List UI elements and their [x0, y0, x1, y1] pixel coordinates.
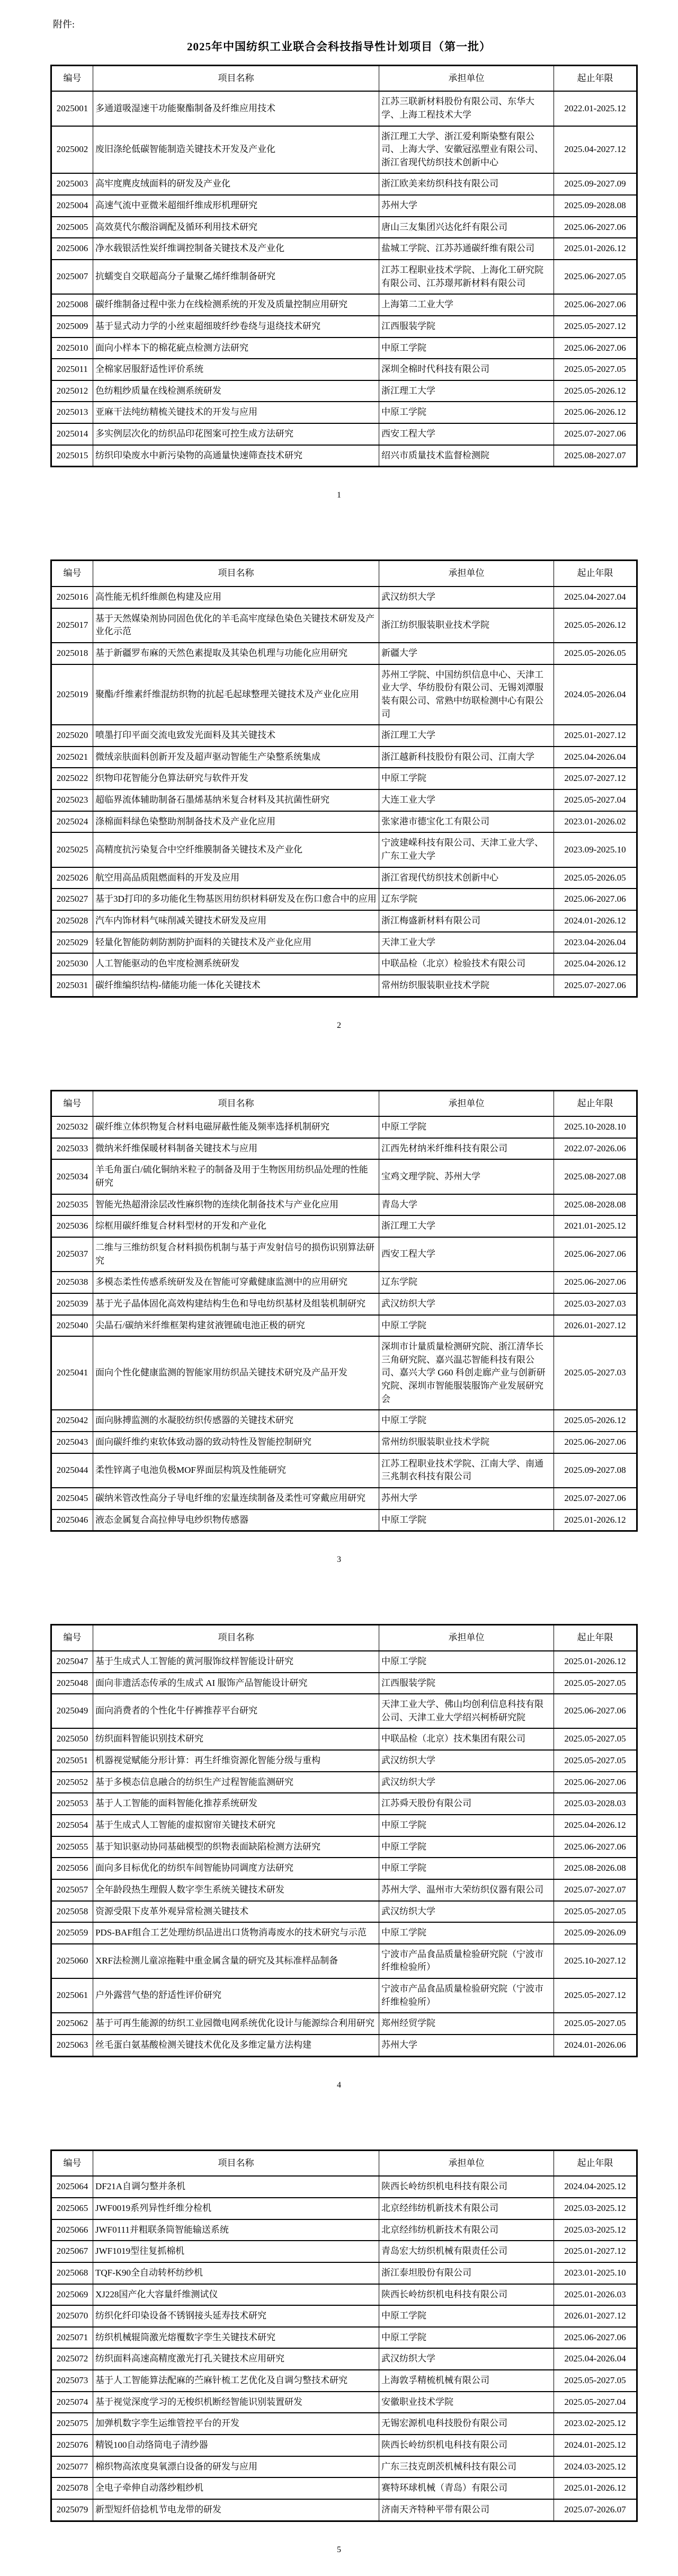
- cell-project-name: 碳纤维立体织物复合材料电磁屏蔽性能及频率选择机制研究: [93, 1116, 379, 1138]
- cell-project-name: 基于人工智能算法配麻的苎麻针梳工艺优化及自调匀整技术研究: [93, 2370, 379, 2392]
- cell-unit: 武汉纺织大学: [379, 1901, 554, 1923]
- cell-unit: 浙江理工大学、浙江爱利斯染整有限公司、上海大学、安徽冠泓塑业有限公司、浙江省现代…: [379, 126, 554, 174]
- cell-project-id: 2025047: [51, 1651, 93, 1673]
- cell-unit: 中原工学院: [379, 1315, 554, 1337]
- cell-project-name: 基于3D打印的多功能化生物基医用纺织材料研发及在伤口愈合中的应用: [93, 889, 379, 910]
- cell-unit: 江西服装学院: [379, 316, 554, 337]
- cell-unit: 广东三技克朗茨机械科技有限公司: [379, 2456, 554, 2478]
- cell-period: 2025.06-2027.06: [554, 1772, 637, 1793]
- table-row: 2025037二维与三维纺织复合材料损伤机制与基于声发射信号的损伤识别算法研究西…: [51, 1237, 637, 1272]
- cell-project-name: 高牢度麂皮绒面料的研发及产业化: [93, 173, 379, 195]
- cell-project-name: JWF0019系列异性纤维分检机: [93, 2198, 379, 2219]
- cell-period: 2025.05-2027.05: [554, 1728, 637, 1750]
- cell-project-name: 汽车内饰材料气味削减关键技术研发及应用: [93, 910, 379, 932]
- cell-project-name: 抗蠕变自交联超高分子量聚乙烯纤维制备研究: [93, 260, 379, 294]
- cell-period: 2023.04-2026.04: [554, 932, 637, 954]
- cell-project-name: 涤棉面料绿色染整助剂制备技术及产业化应用: [93, 811, 379, 833]
- cell-unit: 唐山三友集团兴达化纤有限公司: [379, 217, 554, 238]
- cell-project-id: 2025039: [51, 1293, 93, 1315]
- attachment-label: 附件:: [53, 19, 678, 31]
- cell-unit: 江西服装学院: [379, 1673, 554, 1694]
- cell-project-id: 2025046: [51, 1509, 93, 1531]
- cell-project-id: 2025069: [51, 2284, 93, 2306]
- cell-project-name: 纺织面料智能识别技术研究: [93, 1728, 379, 1750]
- cell-project-name: 基于多模态信息融合的纺织生产过程智能监测研究: [93, 1772, 379, 1793]
- table-row: 2025061户外露营气垫的舒适性评价研究宁波市产品食品质量检验研究院（宁波市纤…: [51, 1978, 637, 2013]
- cell-period: 2025.08-2027.08: [554, 1159, 637, 1194]
- table-row: 2025022织物印花智能分色算法研究与软件开发中原工学院2025.07-202…: [51, 768, 637, 789]
- cell-unit: 苏州大学: [379, 1488, 554, 1509]
- table-row: 2025024涤棉面料绿色染整助剂制备技术及产业化应用张家港市德宝化工有限公司2…: [51, 811, 637, 833]
- table-row: 2025050纺织面料智能识别技术研究中联品检（北京）技术集团有限公司2025.…: [51, 1728, 637, 1750]
- cell-project-id: 2025012: [51, 380, 93, 402]
- cell-unit: 中原工学院: [379, 1858, 554, 1879]
- cell-project-name: 碳纤维编织结构-储能功能一体化关键技术: [93, 975, 379, 997]
- cell-project-name: 丝毛蛋白氨基酸检测关键技术优化及多维定量方法构建: [93, 2035, 379, 2056]
- col-header-project-name: 项目名称: [93, 1090, 379, 1116]
- cell-project-name: 羊毛角蛋白/硫化铜纳米粒子的制备及用于生物医用纺织品处理的性能研究: [93, 1159, 379, 1194]
- table-row: 2025048面向非遗活态传承的生成式 AI 服饰产品智能设计研究江西服装学院2…: [51, 1673, 637, 1694]
- cell-unit: 天津工业大学: [379, 932, 554, 954]
- project-table: 编号 项目名称 承担单位 起止年限 2025001多通道吸湿速干功能聚酯制备及纤…: [50, 65, 638, 468]
- cell-project-name: 资源受限下皮革外观异常检测关键技术: [93, 1901, 379, 1923]
- table-row: 2025060XRF法检测儿童凉拖鞋中重金属含量的研究及其标准样品制备宁波市产品…: [51, 1944, 637, 1978]
- cell-project-id: 2025040: [51, 1315, 93, 1337]
- cell-unit: 江苏工程职业技术学院、上海化工研究院有限公司、江苏璟邦新材料有限公司: [379, 260, 554, 294]
- col-header-project-name: 项目名称: [93, 2150, 379, 2176]
- cell-period: 2022.07-2026.06: [554, 1138, 637, 1160]
- cell-unit: 北京经纬纺机新技术有限公司: [379, 2219, 554, 2241]
- cell-unit: 中联品检（北京）技术集团有限公司: [379, 1728, 554, 1750]
- table-row: 2025059PDS-BAF组合工艺处理纺织品进出口货物消毒废水的技术研究与示范…: [51, 1922, 637, 1944]
- table-row: 2025065JWF0019系列异性纤维分检机北京经纬纺机新技术有限公司2025…: [51, 2198, 637, 2219]
- cell-project-name: 微绒亲肤面料创新开发及超声驱动智能生产染整系统集成: [93, 747, 379, 768]
- cell-project-id: 2025018: [51, 643, 93, 664]
- cell-period: 2025.01-2027.12: [554, 725, 637, 747]
- col-header-unit: 承担单位: [379, 561, 554, 587]
- page-number: 3: [0, 1555, 678, 1565]
- cell-project-id: 2025015: [51, 445, 93, 467]
- cell-project-name: DF21A自调匀整并条机: [93, 2176, 379, 2198]
- col-header-project-name: 项目名称: [93, 1625, 379, 1651]
- cell-period: 2025.07-2027.06: [554, 1488, 637, 1509]
- cell-unit: 中原工学院: [379, 1836, 554, 1858]
- table-row: 2025020喷墨打印平面交流电致发光面料及其关键技术浙江理工大学2025.01…: [51, 725, 637, 747]
- table-row: 2025011全棉家居服舒适性评价系统深圳全棉时代科技有限公司2025.05-2…: [51, 359, 637, 380]
- cell-project-id: 2025052: [51, 1772, 93, 1793]
- cell-period: 2025.08-2027.07: [554, 445, 637, 467]
- table-row: 2025033微纳米纤维保暖材料制备关键技术与应用江西先材纳米纤维科技有限公司2…: [51, 1138, 637, 1160]
- cell-unit: 郑州经贸学院: [379, 2013, 554, 2035]
- cell-unit: 张家港市德宝化工有限公司: [379, 811, 554, 833]
- cell-period: 2025.05-2027.04: [554, 789, 637, 811]
- cell-project-name: 航空用高品质阻燃面料的开发及应用: [93, 867, 379, 889]
- cell-project-name: 全棉家居服舒适性评价系统: [93, 359, 379, 380]
- cell-unit: 大连工业大学: [379, 789, 554, 811]
- cell-period: 2025.01-2026.12: [554, 238, 637, 260]
- table-row: 2025031碳纤维编织结构-储能功能一体化关键技术常州纺织服装职业技术学院20…: [51, 975, 637, 997]
- table-row: 2025030人工智能驱动的色牢度检测系统研发中联品检（北京）检验技术有限公司2…: [51, 953, 637, 975]
- cell-unit: 苏州大学: [379, 195, 554, 217]
- cell-unit: 武汉纺织大学: [379, 2348, 554, 2370]
- cell-project-name: 纺织面料高速高精度激光打孔关键技术应用研究: [93, 2348, 379, 2370]
- table-row: 2025009基于显式动力学的小丝束超细玻纤纱卷绕与退绕技术研究江西服装学院20…: [51, 316, 637, 337]
- cell-project-name: 纺织印染废水中新污染物的高通量快速筛查技术研究: [93, 445, 379, 467]
- cell-period: 2025.05-2027.05: [554, 1750, 637, 1772]
- cell-project-id: 2025057: [51, 1879, 93, 1901]
- cell-period: 2025.05-2027.05: [554, 2013, 637, 2035]
- table-header-row: 编号 项目名称 承担单位 起止年限: [51, 1625, 637, 1651]
- cell-project-id: 2025079: [51, 2499, 93, 2521]
- cell-period: 2025.07-2027.07: [554, 1879, 637, 1901]
- cell-period: 2025.06-2027.06: [554, 1272, 637, 1293]
- cell-project-name: 喷墨打印平面交流电致发光面料及其关键技术: [93, 725, 379, 747]
- cell-period: 2025.06-2027.06: [554, 217, 637, 238]
- cell-project-name: 聚酯/纤维素纤维混纺织物的抗起毛起球整理关键技术及产业化应用: [93, 664, 379, 725]
- cell-period: 2025.05-2027.03: [554, 1336, 637, 1410]
- cell-project-id: 2025032: [51, 1116, 93, 1138]
- cell-project-id: 2025050: [51, 1728, 93, 1750]
- cell-unit: 绍兴市质量技术监督检测院: [379, 445, 554, 467]
- page-title: 2025年中国纺织工业联合会科技指导性计划项目（第一批）: [0, 38, 678, 54]
- cell-period: 2025.06-2027.06: [554, 889, 637, 910]
- cell-period: 2025.10-2028.10: [554, 1116, 637, 1138]
- table-row: 2025043面向碳纤维约束软体致动器的致动特性及智能控制研究常州纺织服装职业技…: [51, 1432, 637, 1453]
- cell-project-name: 高效莫代尔酸浴调配及循环利用技术研究: [93, 217, 379, 238]
- cell-project-id: 2025035: [51, 1194, 93, 1216]
- cell-project-id: 2025053: [51, 1793, 93, 1815]
- table-row: 2025010面向小样本下的棉花疵点检测方法研究中原工学院2025.06-202…: [51, 337, 637, 359]
- cell-project-id: 2025056: [51, 1858, 93, 1879]
- cell-period: 2025.05-2027.12: [554, 1978, 637, 2013]
- cell-period: 2024.01-2026.06: [554, 2035, 637, 2056]
- cell-project-name: PDS-BAF组合工艺处理纺织品进出口货物消毒废水的技术研究与示范: [93, 1922, 379, 1944]
- cell-period: 2025.07-2026.07: [554, 2499, 637, 2521]
- cell-unit: 济南天齐特种平带有限公司: [379, 2499, 554, 2521]
- cell-unit: 常州纺织服装职业技术学院: [379, 1432, 554, 1453]
- cell-period: 2025.05-2027.05: [554, 1673, 637, 1694]
- table-row: 2025028汽车内饰材料气味削减关键技术研发及应用浙江梅盛新材料有限公司202…: [51, 910, 637, 932]
- cell-project-id: 2025062: [51, 2013, 93, 2035]
- cell-project-id: 2025003: [51, 173, 93, 195]
- table-row: 2025044柔性锌离子电池负极MOF界面层构筑及性能研究江苏工程职业技术学院、…: [51, 1453, 637, 1488]
- cell-project-id: 2025007: [51, 260, 93, 294]
- page-block-4: 编号 项目名称 承担单位 起止年限 2025047基于生成式人工智能的黄河服饰纹…: [0, 1624, 678, 2090]
- cell-period: 2021.01-2025.12: [554, 1215, 637, 1237]
- cell-unit: 中原工学院: [379, 402, 554, 423]
- cell-unit: 宁波市产品食品质量检验研究院（宁波市纤维检验所）: [379, 1944, 554, 1978]
- cell-project-id: 2025067: [51, 2241, 93, 2262]
- cell-unit: 浙江省现代纺织技术创新中心: [379, 867, 554, 889]
- cell-unit: 江西先材纳米纤维科技有限公司: [379, 1138, 554, 1160]
- cell-project-id: 2025073: [51, 2370, 93, 2392]
- table-row: 2025008碳纤维制备过程中张力在线检测系统的开发及质量控制应用研究上海第二工…: [51, 294, 637, 316]
- cell-project-id: 2025011: [51, 359, 93, 380]
- table-row: 2025042面向脉搏监测的水凝胶纺织传感器的关键技术研究中原工学院2025.0…: [51, 1410, 637, 1432]
- cell-project-name: JWF1019型往复抓棉机: [93, 2241, 379, 2262]
- table-row: 2025041面向个性化健康监测的智能家用纺织品关键技术研究及产品开发深圳市计量…: [51, 1336, 637, 1410]
- cell-period: 2025.09-2026.09: [554, 1922, 637, 1944]
- cell-project-name: XJ228国产化大容量纤维测试仪: [93, 2284, 379, 2306]
- cell-project-id: 2025051: [51, 1750, 93, 1772]
- cell-unit: 中原工学院: [379, 1116, 554, 1138]
- cell-project-name: 面向非遗活态传承的生成式 AI 服饰产品智能设计研究: [93, 1673, 379, 1694]
- cell-project-name: 基于显式动力学的小丝束超细玻纤纱卷绕与退绕技术研究: [93, 316, 379, 337]
- cell-period: 2025.07-2027.06: [554, 423, 637, 445]
- cell-unit: 北京经纬纺机新技术有限公司: [379, 2198, 554, 2219]
- table-row: 2025032碳纤维立体织物复合材料电磁屏蔽性能及频率选择机制研究中原工学院20…: [51, 1116, 637, 1138]
- cell-period: 2025.05-2026.12: [554, 608, 637, 643]
- cell-period: 2025.05-2027.12: [554, 316, 637, 337]
- table-row: 2025026航空用高品质阻燃面料的开发及应用浙江省现代纺织技术创新中心2025…: [51, 867, 637, 889]
- table-row: 2025078全电子牵伸自动落纱粗纱机赛特环球机械（青岛）有限公司2025.01…: [51, 2477, 637, 2499]
- table-row: 2025046液态金属复合高拉伸导电纱织物传感器中原工学院2025.01-202…: [51, 1509, 637, 1531]
- cell-project-id: 2025001: [51, 91, 93, 126]
- cell-unit: 浙江欧美来纺织科技有限公司: [379, 173, 554, 195]
- cell-project-id: 2025038: [51, 1272, 93, 1293]
- cell-project-name: 面向碳纤维约束软体致动器的致动特性及智能控制研究: [93, 1432, 379, 1453]
- cell-period: 2025.10-2027.12: [554, 1944, 637, 1978]
- table-row: 2025074基于视觉深度学习的无梭织机断经智能识别装置研发安徽职业技术学院20…: [51, 2392, 637, 2413]
- cell-period: 2025.04-2027.12: [554, 126, 637, 174]
- cell-period: 2025.01-2026.12: [554, 2477, 637, 2499]
- cell-unit: 无锡宏源机电科技股份有限公司: [379, 2413, 554, 2435]
- table-row: 2025053基于人工智能的面料智能化推荐系统研发江苏舜天股份有限公司2025.…: [51, 1793, 637, 1815]
- cell-project-name: 净水载银活性炭纤维调控制备关键技术及产业化: [93, 238, 379, 260]
- cell-project-id: 2025031: [51, 975, 93, 997]
- cell-project-name: 基于视觉深度学习的无梭织机断经智能识别装置研发: [93, 2392, 379, 2413]
- table-row: 2025017基于天然媒染剂协同固色优化的羊毛高牢度绿色染色关键技术研发及产业化…: [51, 608, 637, 643]
- cell-unit: 中原工学院: [379, 1509, 554, 1531]
- table-row: 2025075加弹机数字孪生运维管控平台的开发无锡宏源机电科技股份有限公司202…: [51, 2413, 637, 2435]
- cell-period: 2025.06-2027.05: [554, 260, 637, 294]
- table-row: 2025067JWF1019型往复抓棉机青岛宏大纺织机械有限责任公司2025.0…: [51, 2241, 637, 2262]
- table-header-row: 编号 项目名称 承担单位 起止年限: [51, 1090, 637, 1116]
- cell-unit: 上海第二工业大学: [379, 294, 554, 316]
- cell-project-name: 高性能无机纤维颜色构建及应用: [93, 587, 379, 608]
- cell-project-id: 2025024: [51, 811, 93, 833]
- cell-period: 2025.01-2026.12: [554, 1509, 637, 1531]
- cell-project-id: 2025055: [51, 1836, 93, 1858]
- cell-project-id: 2025061: [51, 1978, 93, 2013]
- table-row: 2025076精锐100自动络筒电子清纱器陕西长岭纺织机电科技有限公司2024.…: [51, 2435, 637, 2456]
- cell-unit: 赛特环球机械（青岛）有限公司: [379, 2477, 554, 2499]
- table-row: 2025069XJ228国产化大容量纤维测试仪陕西长岭纺织机电科技有限公司202…: [51, 2284, 637, 2306]
- cell-project-name: 柔性锌离子电池负极MOF界面层构筑及性能研究: [93, 1453, 379, 1488]
- cell-project-name: XRF法检测儿童凉拖鞋中重金属含量的研究及其标准样品制备: [93, 1944, 379, 1978]
- table-row: 2025079新型短纤倍捻机节电龙带的研发济南天齐特种平带有限公司2025.07…: [51, 2499, 637, 2521]
- cell-project-name: 智能光热超滑涂层改性麻织物的连续化制备技术与产业化应用: [93, 1194, 379, 1216]
- table-row: 2025015纺织印染废水中新污染物的高通量快速筛查技术研究绍兴市质量技术监督检…: [51, 445, 637, 467]
- col-header-period: 起止年限: [554, 1090, 637, 1116]
- cell-unit: 浙江理工大学: [379, 725, 554, 747]
- document-sheet: 附件: 2025年中国纺织工业联合会科技指导性计划项目（第一批） 编号 项目名称…: [0, 0, 678, 2576]
- table-row: 2025055基于知识驱动协同基础模型的织物表面缺陷检测方法研究中原工学院202…: [51, 1836, 637, 1858]
- col-header-project-name: 项目名称: [93, 65, 379, 91]
- cell-period: 2025.07-2027.12: [554, 768, 637, 789]
- cell-unit: 青岛宏大纺织机械有限责任公司: [379, 2241, 554, 2262]
- cell-project-id: 2025078: [51, 2477, 93, 2499]
- table-row: 2025070纺织化纤印染设备不锈钢接头延寿技术研究中原工学院2026.01-2…: [51, 2305, 637, 2327]
- table-row: 2025001多通道吸湿速干功能聚酯制备及纤维应用技术江苏三联新材料股份有限公司…: [51, 91, 637, 126]
- table-header-row: 编号 项目名称 承担单位 起止年限: [51, 561, 637, 587]
- table-row: 2025003高牢度麂皮绒面料的研发及产业化浙江欧美来纺织科技有限公司2025.…: [51, 173, 637, 195]
- table-row: 2025007抗蠕变自交联超高分子量聚乙烯纤维制备研究江苏工程职业技术学院、上海…: [51, 260, 637, 294]
- cell-unit: 西安工程大学: [379, 1237, 554, 1272]
- cell-period: 2025.09-2027.08: [554, 1453, 637, 1488]
- cell-project-id: 2025041: [51, 1336, 93, 1410]
- cell-project-id: 2025004: [51, 195, 93, 217]
- cell-project-id: 2025074: [51, 2392, 93, 2413]
- cell-period: 2024.01-2026.12: [554, 910, 637, 932]
- table-row: 2025077棉织物高浓度臭氧漂白设备的研发与应用广东三技克朗茨机械科技有限公司…: [51, 2456, 637, 2478]
- table-row: 2025036综框用碳纤维复合材料型材的开发和产业化浙江理工大学2021.01-…: [51, 1215, 637, 1237]
- cell-project-name: 面向消费者的个性化牛仔裤推荐平台研究: [93, 1694, 379, 1728]
- cell-project-id: 2025068: [51, 2262, 93, 2284]
- cell-project-name: 尖晶石/碳纳米纤维框架构建贫液锂硫电池正极的研究: [93, 1315, 379, 1337]
- cell-period: 2026.01-2027.12: [554, 2305, 637, 2327]
- cell-project-id: 2025043: [51, 1432, 93, 1453]
- cell-project-name: 面向脉搏监测的水凝胶纺织传感器的关键技术研究: [93, 1410, 379, 1432]
- cell-project-name: 面向个性化健康监测的智能家用纺织品关键技术研究及产品开发: [93, 1336, 379, 1410]
- col-header-period: 起止年限: [554, 1625, 637, 1651]
- cell-period: 2025.01-2026.03: [554, 2284, 637, 2306]
- cell-period: 2025.04-2026.12: [554, 1815, 637, 1836]
- cell-period: 2025.09-2027.09: [554, 173, 637, 195]
- cell-project-name: 超临界流体辅助制备石墨烯基纳米复合材料及其抗菌性研究: [93, 789, 379, 811]
- cell-project-id: 2025021: [51, 747, 93, 768]
- cell-project-id: 2025071: [51, 2327, 93, 2349]
- cell-unit: 中原工学院: [379, 1410, 554, 1432]
- cell-project-name: 户外露营气垫的舒适性评价研究: [93, 1978, 379, 2013]
- cell-period: 2025.01-2026.12: [554, 1651, 637, 1673]
- cell-unit: 陕西长岭纺织机电科技有限公司: [379, 2284, 554, 2306]
- cell-period: 2025.03-2025.12: [554, 2219, 637, 2241]
- cell-unit: 浙江理工大学: [379, 1215, 554, 1237]
- project-table: 编号 项目名称 承担单位 起止年限 2025016高性能无机纤维颜色构建及应用武…: [50, 559, 638, 997]
- cell-project-id: 2025060: [51, 1944, 93, 1978]
- col-header-period: 起止年限: [554, 65, 637, 91]
- table-row: 2025056面向多目标优化的纺织车间智能协同调度方法研究中原工学院2025.0…: [51, 1858, 637, 1879]
- cell-project-name: 亚麻干法纯纺精梳关键技术的开发与应用: [93, 402, 379, 423]
- col-header-unit: 承担单位: [379, 65, 554, 91]
- cell-period: 2025.07-2027.06: [554, 975, 637, 997]
- cell-project-name: 加弹机数字孪生运维管控平台的开发: [93, 2413, 379, 2435]
- cell-unit: 苏州大学: [379, 2035, 554, 2056]
- cell-period: 2023.01-2025.10: [554, 2262, 637, 2284]
- cell-unit: 辽东学院: [379, 1272, 554, 1293]
- cell-unit: 中原工学院: [379, 2327, 554, 2349]
- cell-period: 2025.06-2027.06: [554, 2327, 637, 2349]
- cell-project-name: 基于知识驱动协同基础模型的织物表面缺陷检测方法研究: [93, 1836, 379, 1858]
- cell-project-id: 2025075: [51, 2413, 93, 2435]
- table-row: 2025021微绒亲肤面料创新开发及超声驱动智能生产染整系统集成浙江越新科技股份…: [51, 747, 637, 768]
- col-header-unit: 承担单位: [379, 1625, 554, 1651]
- col-header-id: 编号: [51, 1625, 93, 1651]
- page-number: 2: [0, 1021, 678, 1031]
- cell-project-name: 综框用碳纤维复合材料型材的开发和产业化: [93, 1215, 379, 1237]
- cell-project-name: 色纺粗纱质量在线检测系统研发: [93, 380, 379, 402]
- cell-unit: 辽东学院: [379, 889, 554, 910]
- cell-unit: 浙江泰坦股份有限公司: [379, 2262, 554, 2284]
- cell-project-id: 2025033: [51, 1138, 93, 1160]
- cell-project-id: 2025037: [51, 1237, 93, 1272]
- cell-project-id: 2025029: [51, 932, 93, 954]
- project-table: 编号 项目名称 承担单位 起止年限 2025047基于生成式人工智能的黄河服饰纹…: [50, 1624, 638, 2057]
- cell-unit: 常州纺织服装职业技术学院: [379, 975, 554, 997]
- cell-unit: 深圳全棉时代科技有限公司: [379, 359, 554, 380]
- col-header-project-name: 项目名称: [93, 561, 379, 587]
- cell-project-id: 2025009: [51, 316, 93, 337]
- cell-period: 2025.03-2027.03: [554, 1293, 637, 1315]
- cell-period: 2025.08-2028.08: [554, 1194, 637, 1216]
- cell-project-id: 2025005: [51, 217, 93, 238]
- cell-project-name: 微纳米纤维保暖材料制备关键技术与应用: [93, 1138, 379, 1160]
- cell-unit: 中原工学院: [379, 1922, 554, 1944]
- cell-project-name: 基于可再生能源的纺织工业园微电网系统优化设计与能源综合利用研究: [93, 2013, 379, 2035]
- cell-project-name: 新型短纤倍捻机节电龙带的研发: [93, 2499, 379, 2521]
- col-header-id: 编号: [51, 561, 93, 587]
- cell-unit: 宝鸡文理学院、苏州大学: [379, 1159, 554, 1194]
- table-row: 2025023超临界流体辅助制备石墨烯基纳米复合材料及其抗菌性研究大连工业大学2…: [51, 789, 637, 811]
- cell-project-name: 全电子牵伸自动落纱粗纱机: [93, 2477, 379, 2499]
- col-header-id: 编号: [51, 1090, 93, 1116]
- cell-project-id: 2025077: [51, 2456, 93, 2478]
- cell-unit: 中原工学院: [379, 2305, 554, 2327]
- cell-project-id: 2025064: [51, 2176, 93, 2198]
- cell-project-name: 基于光子晶体固化高效构建结构生色和导电纺织基材及组装机制研究: [93, 1293, 379, 1315]
- cell-project-name: 人工智能驱动的色牢度检测系统研发: [93, 953, 379, 975]
- table-row: 2025040尖晶石/碳纳米纤维框架构建贫液锂硫电池正极的研究中原工学院2026…: [51, 1315, 637, 1337]
- cell-project-id: 2025016: [51, 587, 93, 608]
- cell-project-name: 多模态柔性传感系统研发及在智能可穿戴健康监测中的应用研究: [93, 1272, 379, 1293]
- cell-unit: 西安工程大学: [379, 423, 554, 445]
- cell-unit: 新疆大学: [379, 643, 554, 664]
- cell-project-id: 2025066: [51, 2219, 93, 2241]
- cell-project-name: JWF0111并粗联条筒智能输送系统: [93, 2219, 379, 2241]
- cell-project-name: 纺织化纤印染设备不锈钢接头延寿技术研究: [93, 2305, 379, 2327]
- table-row: 2025006净水载银活性炭纤维调控制备关键技术及产业化盐城工学院、江苏苏通碳纤…: [51, 238, 637, 260]
- cell-period: 2023.01-2026.02: [554, 811, 637, 833]
- cell-period: 2025.03-2028.03: [554, 1793, 637, 1815]
- table-row: 2025002废旧涤纶低碳智能制造关键技术开发及产业化浙江理工大学、浙江爱利斯染…: [51, 126, 637, 174]
- cell-period: 2025.05-2027.05: [554, 1901, 637, 1923]
- table-row: 2025034羊毛角蛋白/硫化铜纳米粒子的制备及用于生物医用纺织品处理的性能研究…: [51, 1159, 637, 1194]
- cell-project-name: 液态金属复合高拉伸导电纱织物传感器: [93, 1509, 379, 1531]
- cell-project-id: 2025025: [51, 832, 93, 867]
- col-header-period: 起止年限: [554, 2150, 637, 2176]
- cell-project-name: 纺织机械辊筒激光熔覆数字孪生关键技术研究: [93, 2327, 379, 2349]
- cell-project-id: 2025059: [51, 1922, 93, 1944]
- cell-unit: 陕西长岭纺织机电科技有限公司: [379, 2435, 554, 2456]
- cell-project-name: 高精度抗污染复合中空纤维膜制备关键技术及产业化: [93, 832, 379, 867]
- cell-project-id: 2025010: [51, 337, 93, 359]
- table-row: 2025047基于生成式人工智能的黄河服饰纹样智能设计研究中原工学院2025.0…: [51, 1651, 637, 1673]
- cell-project-id: 2025065: [51, 2198, 93, 2219]
- table-row: 2025012色纺粗纱质量在线检测系统研发浙江理工大学2025.05-2026.…: [51, 380, 637, 402]
- cell-unit: 浙江梅盛新材料有限公司: [379, 910, 554, 932]
- cell-project-id: 2025008: [51, 294, 93, 316]
- cell-unit: 苏州工学院、中国纺织信息中心、天津工业大学、华纺股份有限公司、无锡刘潭服装有限公…: [379, 664, 554, 725]
- cell-project-name: 机器视觉赋能分形计算：再生纤维资源化智能分级与重构: [93, 1750, 379, 1772]
- cell-project-id: 2025023: [51, 789, 93, 811]
- table-row: 2025013亚麻干法纯纺精梳关键技术的开发与应用中原工学院2025.06-20…: [51, 402, 637, 423]
- cell-project-id: 2025020: [51, 725, 93, 747]
- cell-unit: 江苏三联新材料股份有限公司、东华大学、上海工程技术大学: [379, 91, 554, 126]
- cell-project-name: 全年龄段热生理假人数字孪生系统关键技术研发: [93, 1879, 379, 1901]
- cell-unit: 武汉纺织大学: [379, 1293, 554, 1315]
- cell-unit: 中原工学院: [379, 1651, 554, 1673]
